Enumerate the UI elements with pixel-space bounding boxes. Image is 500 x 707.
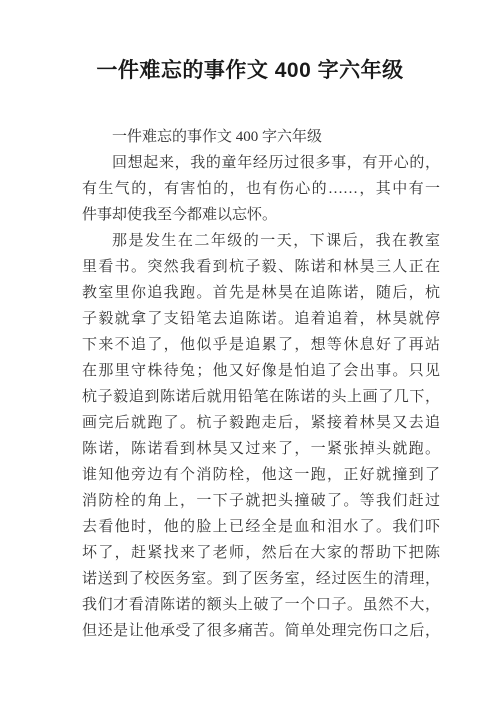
text-line: 但还是让他承受了很多痛苦。简单处理完伤口之后，	[82, 618, 440, 644]
document-page: 一件难忘的事作文 400 字六年级 一件难忘的事作文 400 字六年级 回想起来…	[0, 0, 500, 707]
text-line: 杭子毅追到陈诺后就用铅笔在陈诺的头上画了几下，	[82, 384, 440, 410]
text-line: 里看书。突然我看到杭子毅、陈诺和林昊三人正在	[82, 254, 440, 280]
text-line: 谁知他旁边有个消防栓，他这一跑，正好就撞到了	[82, 462, 440, 488]
text-line: 一件难忘的事作文 400 字六年级	[82, 124, 440, 150]
text-line: 有生气的，有害怕的，也有伤心的……，其中有一	[82, 176, 440, 202]
text-line: 下来不追了，他似乎是追累了，想等休息好了再站	[82, 332, 440, 358]
text-line: 教室里你追我跑。首先是林昊在追陈诺，随后，杭	[82, 280, 440, 306]
text-line: 画完后就跑了。杭子毅跑走后，紧接着林昊又去追	[82, 410, 440, 436]
text-line: 子毅就拿了支铅笔去追陈诺。追着追着，林昊就停	[82, 306, 440, 332]
text-line: 我们才看清陈诺的额头上破了一个口子。虽然不大，	[82, 592, 440, 618]
text-line: 诺送到了校医务室。到了医务室，经过医生的清理，	[82, 566, 440, 592]
text-line: 件事却使我至今都难以忘怀。	[82, 202, 440, 228]
essay-body: 一件难忘的事作文 400 字六年级 回想起来，我的童年经历过很多事，有开心的， …	[82, 124, 440, 644]
text-line: 去看他时，他的脸上已经全是血和泪水了。我们吓	[82, 514, 440, 540]
text-line: 陈诺，陈诺看到林昊又过来了，一紧张掉头就跑。	[82, 436, 440, 462]
text-line: 那是发生在二年级的一天，下课后，我在教室	[82, 228, 440, 254]
text-line: 消防栓的角上，一下子就把头撞破了。等我们赶过	[82, 488, 440, 514]
text-line: 回想起来，我的童年经历过很多事，有开心的，	[82, 150, 440, 176]
text-line: 在那里守株待兔；他又好像是怕追了会出事。只见	[82, 358, 440, 384]
essay-title: 一件难忘的事作文 400 字六年级	[0, 57, 500, 85]
text-line: 坏了，赶紧找来了老师，然后在大家的帮助下把陈	[82, 540, 440, 566]
